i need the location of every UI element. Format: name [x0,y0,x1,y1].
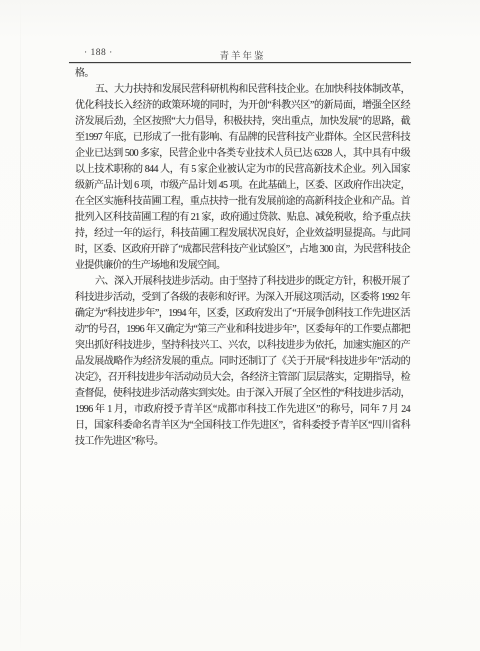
scanned-book-page: · 188 · 青羊年鉴 格。 五、大力扶持和发展民营科研机构和民营科技企业。在… [0,0,480,651]
paragraph-section-6: 六、深入开展科技进步活动。由于坚持了科技进步的既定方针，积极开展了科技进步活动，… [75,274,410,450]
paragraph-section-5: 五、大力扶持和发展民营科研机构和民营科技企业。在加快科技体制改革，优化科技长入经… [75,82,410,274]
header-rule [69,62,411,63]
book-title: 青羊年鉴 [75,48,410,62]
paragraph-continuation: 格。 [75,66,410,82]
page-scan-edge [20,0,21,651]
body-text-block: 格。 五、大力扶持和发展民营科研机构和民营科技企业。在加快科技体制改革，优化科技… [75,66,410,450]
running-head: · 188 · 青羊年鉴 [75,48,410,62]
